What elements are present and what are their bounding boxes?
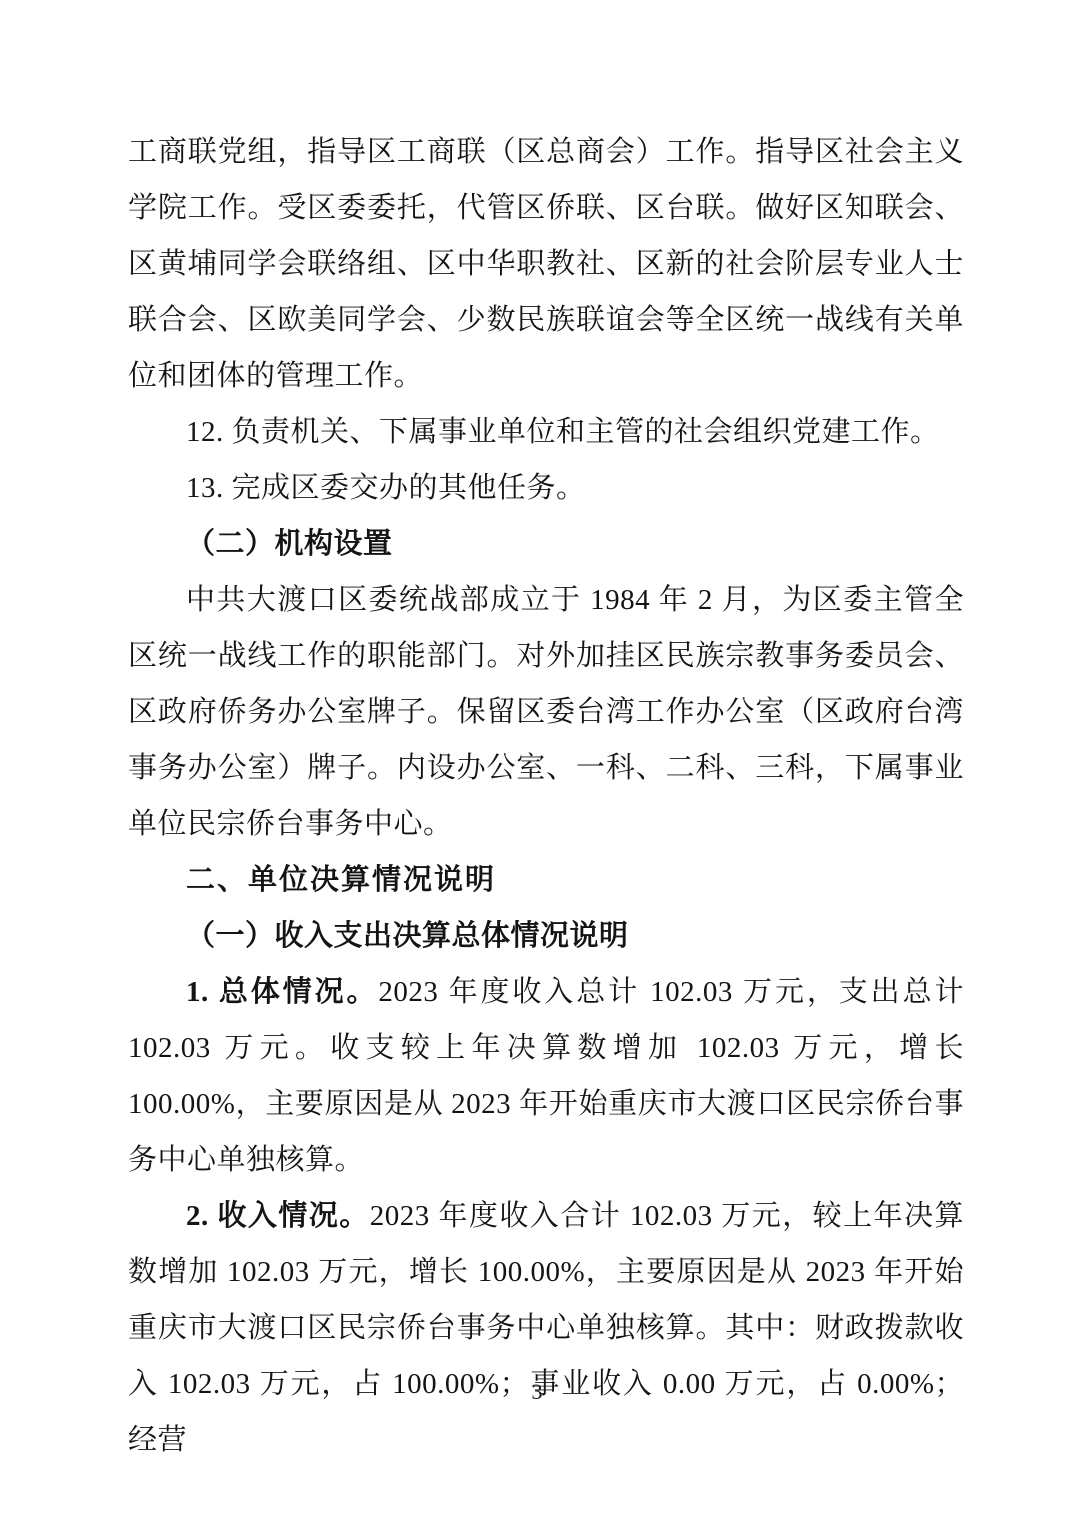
paragraph-organization-description: 中共大渡口区委统战部成立于 1984 年 2 月，为区委主管全区统一战线工作的职… xyxy=(128,572,964,852)
paragraph-duty-12: 12. 负责机关、下属事业单位和主管的社会组织党建工作。 xyxy=(128,404,964,460)
paragraph-overall-situation-lead: 1. 总体情况。 xyxy=(186,976,378,1008)
page-number: 3 xyxy=(0,1378,1074,1406)
section-heading-organization-setup: （二）机构设置 xyxy=(128,516,964,572)
paragraph-income-situation: 2. 收入情况。2023 年度收入合计 102.03 万元，较上年决算数增加 1… xyxy=(128,1188,964,1468)
paragraph-overall-situation: 1. 总体情况。2023 年度收入总计 102.03 万元，支出总计 102.0… xyxy=(128,964,964,1188)
paragraph-income-situation-lead: 2. 收入情况。 xyxy=(186,1200,370,1232)
chapter-heading-final-accounts: 二、单位决算情况说明 xyxy=(128,852,964,908)
document-text-block: 工商联党组，指导区工商联（区总商会）工作。指导区社会主义学院工作。受区委委托，代… xyxy=(128,124,964,1468)
paragraph-duty-13: 13. 完成区委交办的其他任务。 xyxy=(128,460,964,516)
document-page: 工商联党组，指导区工商联（区总商会）工作。指导区社会主义学院工作。受区委委托，代… xyxy=(0,0,1074,1520)
section-heading-income-expenditure-overview: （一）收入支出决算总体情况说明 xyxy=(128,908,964,964)
paragraph-income-situation-text: 2023 年度收入合计 102.03 万元，较上年决算数增加 102.03 万元… xyxy=(128,1200,964,1456)
paragraph-duties-continuation: 工商联党组，指导区工商联（区总商会）工作。指导区社会主义学院工作。受区委委托，代… xyxy=(128,124,964,404)
